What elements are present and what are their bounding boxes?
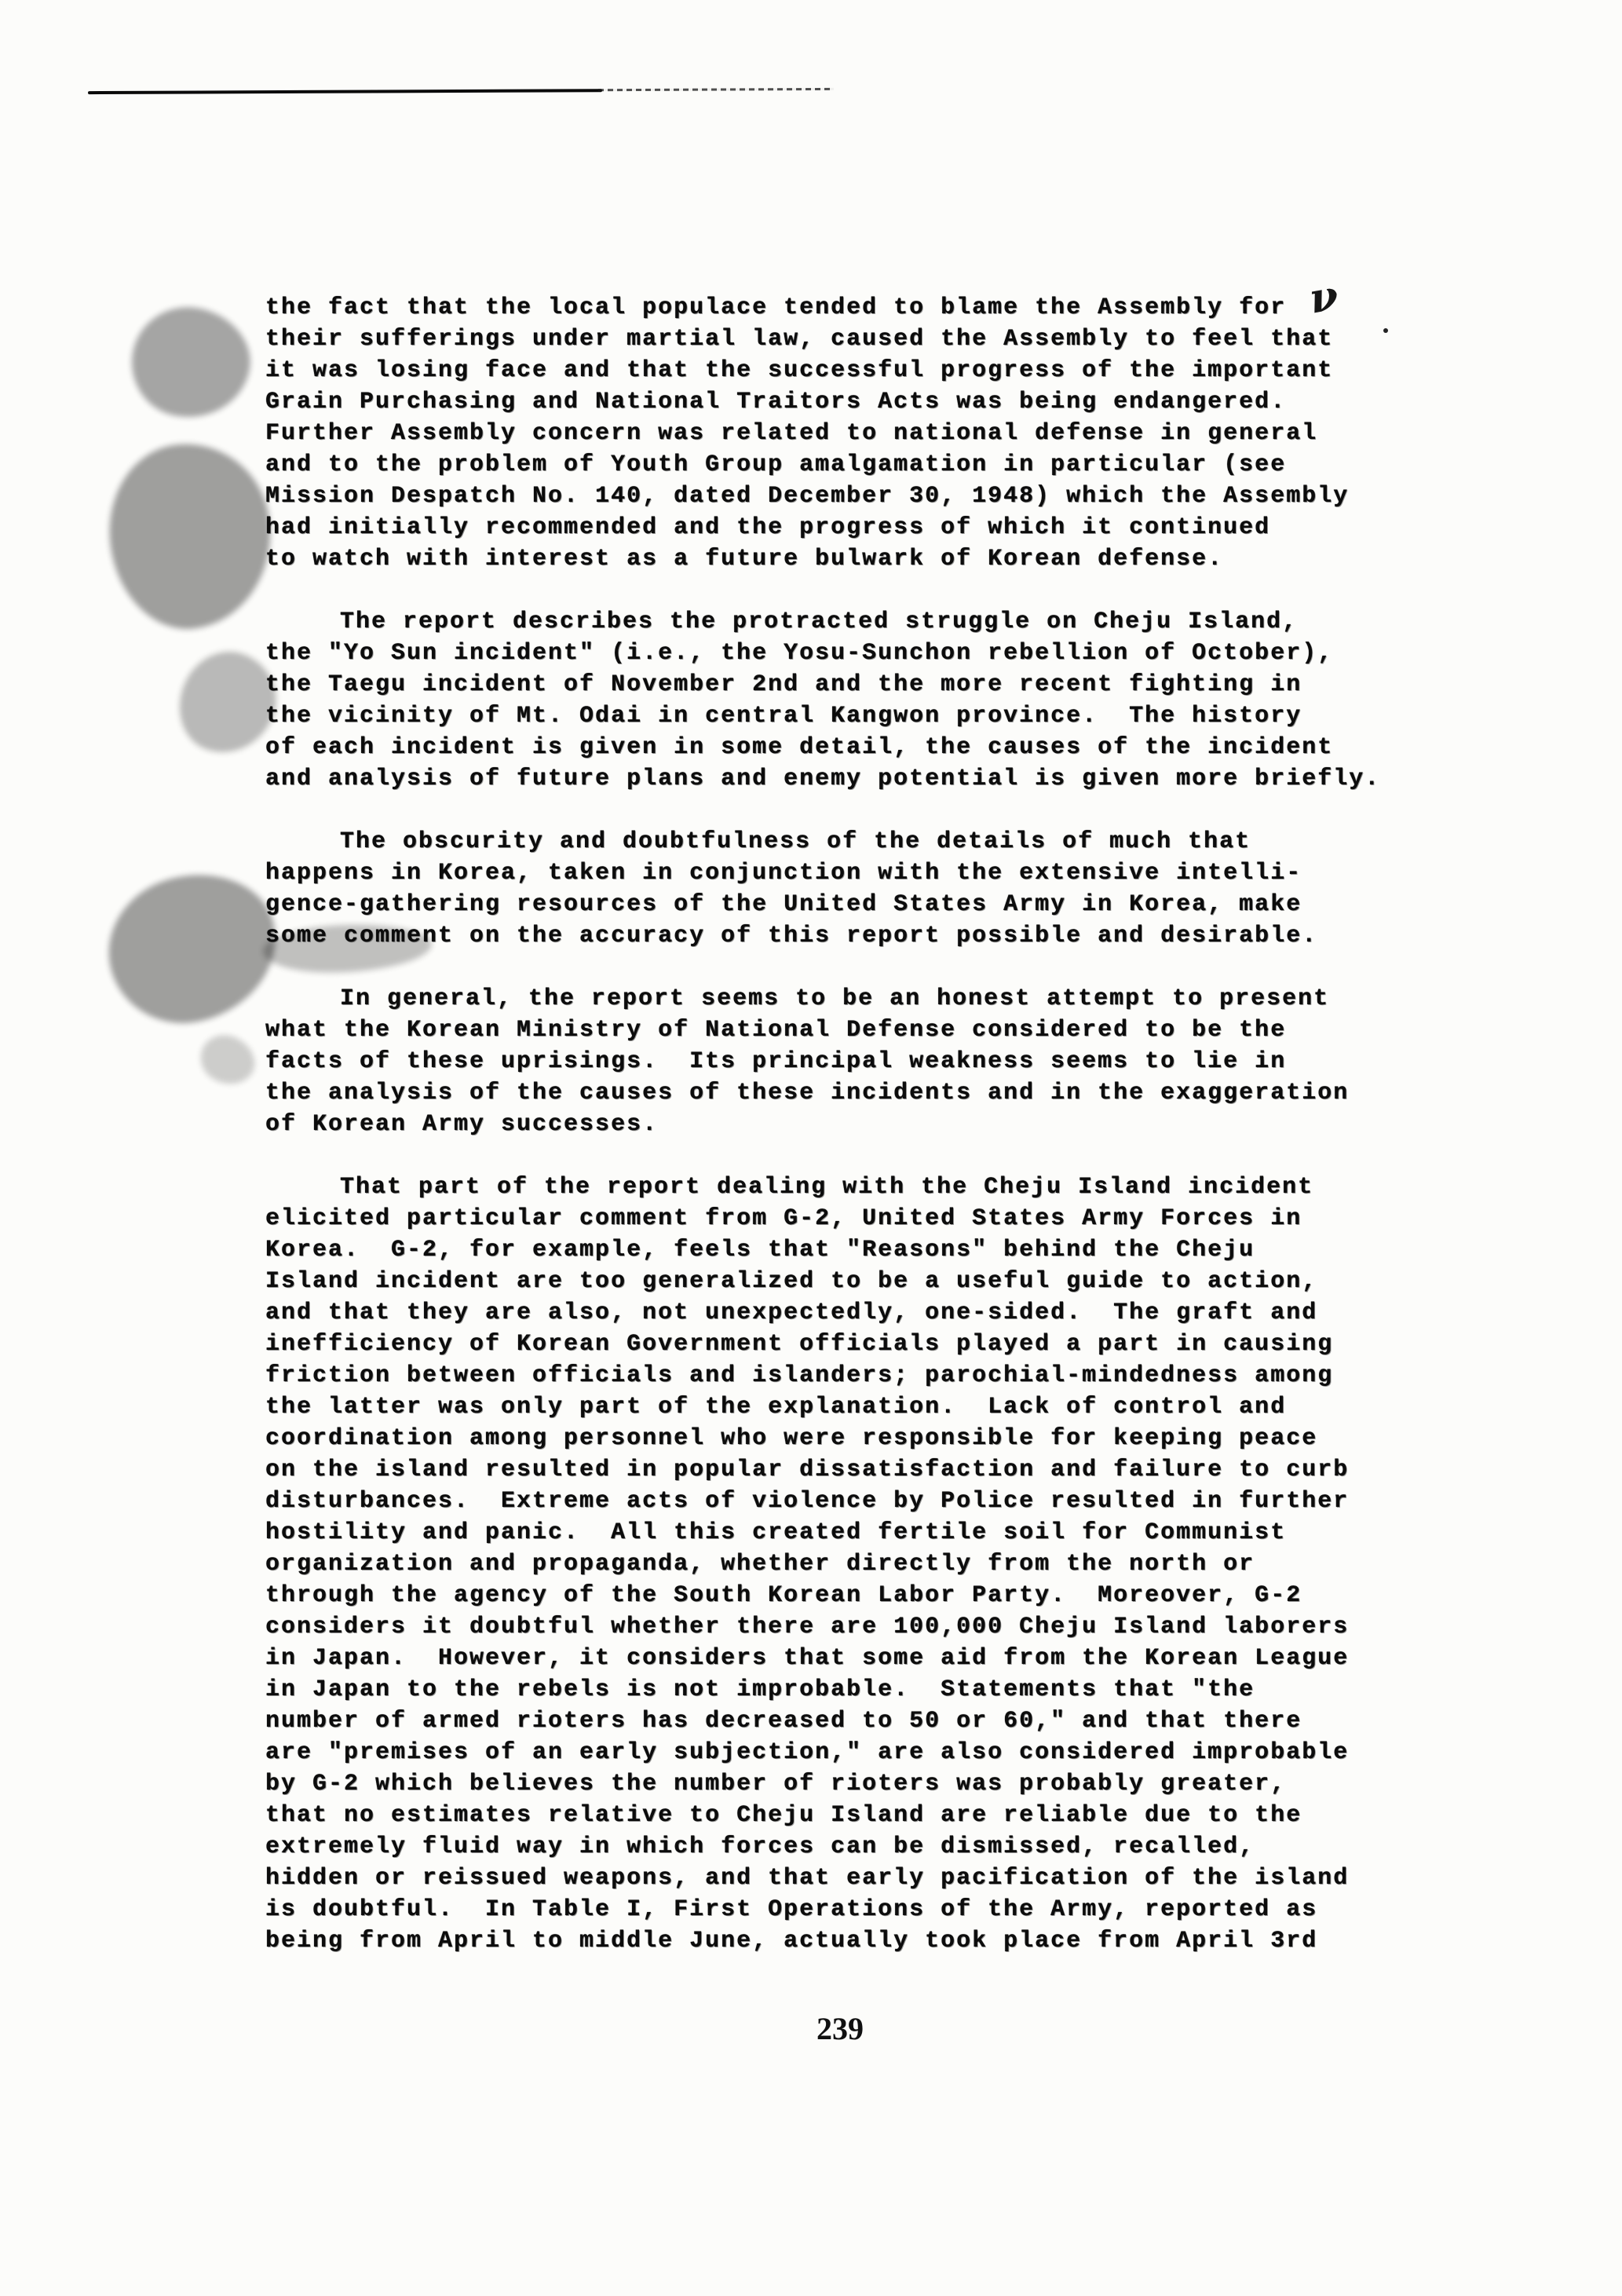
paragraph-obscurity: The obscurity and doubtfulness of the de…: [265, 826, 1435, 952]
paragraph-in-general: In general, the report seems to be an ho…: [265, 983, 1435, 1140]
ink-smudge: [93, 857, 292, 1040]
rule-solid-segment: [88, 89, 602, 94]
page-number: 239: [789, 2010, 891, 2047]
paragraph-continuation: the fact that the local populace tended …: [265, 292, 1435, 575]
ink-smudge: [98, 433, 283, 638]
ink-smudge: [192, 1026, 264, 1095]
paragraph-report-describes: The report describes the protracted stru…: [265, 606, 1435, 795]
paragraph-g2-comment: That part of the report dealing with the…: [265, 1172, 1435, 1957]
top-rule-line: [88, 86, 834, 96]
rule-faded-segment: [598, 88, 834, 91]
scanned-document-page: ν the fact that the local populace tende…: [0, 0, 1622, 2296]
text-block: the fact that the local populace tended …: [265, 292, 1435, 1988]
ink-smudge: [122, 297, 260, 429]
